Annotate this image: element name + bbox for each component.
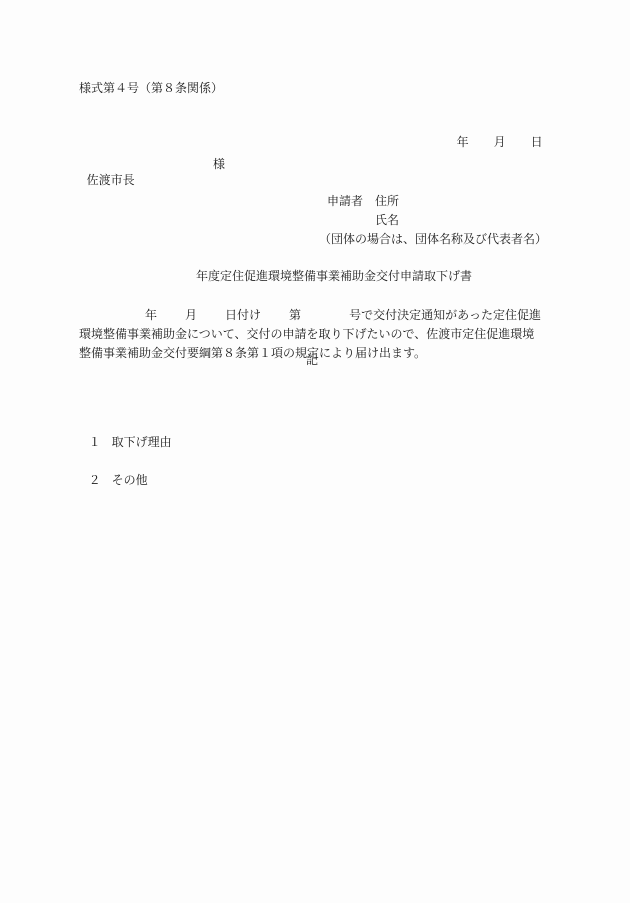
body-line-1: 年月日付け第号で交付決定通知があった定住促進 bbox=[79, 306, 551, 325]
body-date-label: 日付け bbox=[225, 308, 261, 322]
body-number-prefix: 第 bbox=[289, 308, 301, 322]
addressee: 佐渡市長 様 bbox=[79, 156, 135, 204]
applicant-address-label: 住所 bbox=[375, 193, 399, 209]
ki-heading: 記 bbox=[306, 352, 318, 368]
applicant-name-label: 氏名 bbox=[375, 212, 399, 228]
date-month-label: 月 bbox=[494, 134, 531, 150]
body-year-label: 年 bbox=[145, 308, 157, 322]
item-label: 取下げ理由 bbox=[112, 435, 172, 449]
body-line-1-rest: 号で交付決定通知があった定住促進 bbox=[349, 308, 541, 322]
body-month-label: 月 bbox=[185, 308, 197, 322]
addressee-suffix: 様 bbox=[213, 156, 225, 172]
applicant-note: （団体の場合は、団体名称及び代表者名） bbox=[319, 231, 547, 247]
item-number: １ bbox=[89, 434, 112, 450]
document-title: 年度定住促進環境整備事業補助金交付申請取下げ書 bbox=[196, 268, 472, 284]
addressee-name: 佐渡市長 bbox=[87, 173, 135, 187]
item-number: ２ bbox=[89, 472, 112, 488]
form-number: 様式第４号（第８条関係） bbox=[79, 80, 223, 96]
item-label: その他 bbox=[112, 473, 148, 487]
list-item: ２その他 bbox=[81, 456, 148, 488]
list-item: １取下げ理由 bbox=[81, 418, 172, 450]
date-line: 年月日 bbox=[449, 118, 543, 150]
applicant-label: 申請者 bbox=[327, 193, 363, 209]
date-year-label: 年 bbox=[457, 134, 494, 150]
date-day-label: 日 bbox=[531, 134, 543, 150]
body-line-2: 環境整備事業補助金について、交付の申請を取り下げたいので、佐渡市定住促進環境 bbox=[79, 325, 551, 344]
